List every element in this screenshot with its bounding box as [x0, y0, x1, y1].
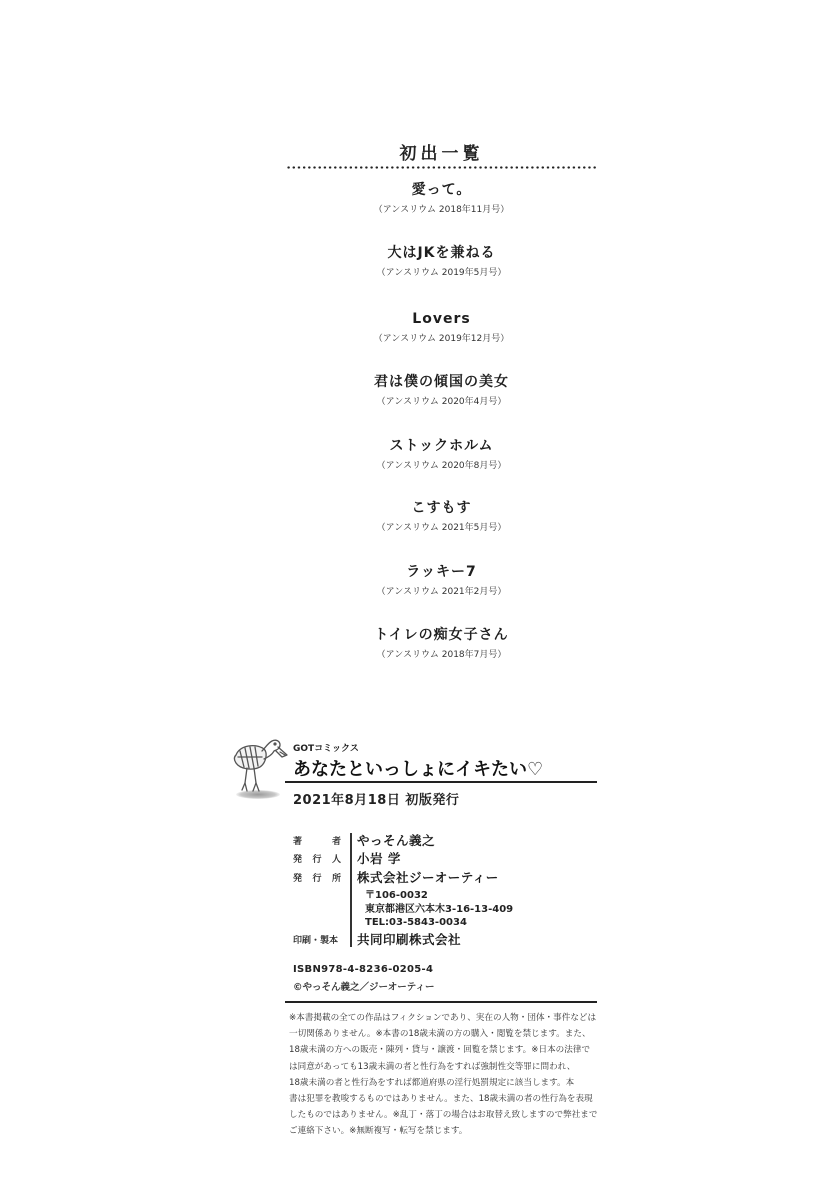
credits-divider	[350, 833, 352, 947]
notice-line: したものではありません。※乱丁・落丁の場合はお取替え致しますので弊社まで	[289, 1107, 597, 1123]
legal-notice: ※本書掲載の全ての作品はフィクションであり、実在の人物・団体・事件などは 一切関…	[289, 1010, 597, 1140]
notice-line: 18歳未満の方への販売・陳列・貸与・譲渡・回覧を禁じます。※日本の法律で	[289, 1042, 597, 1058]
list-item: Lovers （アンスリウム 2019年12月号）	[286, 309, 597, 346]
work-title: ラッキー7	[286, 562, 597, 582]
copyright: ©やっそん義之／ジーオーティー	[293, 979, 435, 993]
notice-line: 一切関係ありません。※本書の18歳未満の方の購入・閲覧を禁じます。また、	[289, 1026, 597, 1042]
credit-label: 発行人	[293, 853, 341, 867]
credit-value: 小岩 学	[357, 851, 401, 867]
work-source: （アンスリウム 2018年7月号）	[286, 648, 597, 662]
list-item: トイレの痴女子さん （アンスリウム 2018年7月号）	[286, 625, 597, 662]
work-title: 大はJKを兼ねる	[286, 243, 597, 263]
credit-label: 著者	[293, 835, 341, 849]
notice-line: 書は犯罪を教唆するものではありません。また、18歳未満の者の性行為を表現	[289, 1091, 597, 1107]
credit-label: 発行所	[293, 872, 341, 886]
postal-code: 〒106-0032	[365, 889, 428, 902]
credit-value: 株式会社ジーオーティー	[357, 870, 499, 886]
notice-line: ※本書掲載の全ての作品はフィクションであり、実在の人物・団体・事件などは	[289, 1010, 597, 1026]
isbn: ISBN978-4-8236-0205-4	[293, 964, 433, 975]
work-source: （アンスリウム 2020年4月号）	[286, 395, 597, 409]
work-title: 君は僕の傾国の美女	[286, 372, 597, 392]
work-title: Lovers	[286, 309, 597, 329]
phone-number: TEL:03-5843-0034	[365, 916, 467, 929]
page-title: 初出一覧	[0, 139, 835, 164]
work-source: （アンスリウム 2019年12月号）	[286, 332, 597, 346]
list-item: 愛って。 （アンスリウム 2018年11月号）	[286, 180, 597, 217]
list-item: 君は僕の傾国の美女 （アンスリウム 2020年4月号）	[286, 372, 597, 409]
notice-divider	[285, 1001, 597, 1003]
list-item: こすもす （アンスリウム 2021年5月号）	[286, 498, 597, 535]
publication-date: 2021年8月18日 初版発行	[293, 789, 459, 808]
list-item: ラッキー7 （アンスリウム 2021年2月号）	[286, 562, 597, 599]
credit-value: やっそん義之	[357, 833, 435, 849]
work-source: （アンスリウム 2021年5月号）	[286, 521, 597, 535]
list-item: ストックホルム （アンスリウム 2020年8月号）	[286, 436, 597, 473]
work-title: こすもす	[286, 498, 597, 518]
work-source: （アンスリウム 2018年11月号）	[286, 203, 597, 217]
notice-line: 18歳未満の者と性行為をすれば都道府県の淫行処罰規定に該当します。本	[289, 1075, 597, 1091]
book-title: あなたといっしょにイキたい♡	[293, 755, 543, 781]
credit-value: 共同印刷株式会社	[357, 932, 461, 948]
work-title: 愛って。	[286, 180, 597, 200]
title-divider	[285, 781, 597, 783]
list-item: 大はJKを兼ねる （アンスリウム 2019年5月号）	[286, 243, 597, 280]
street-address: 東京都港区六本木3-16-13-409	[365, 903, 513, 916]
work-source: （アンスリウム 2021年2月号）	[286, 585, 597, 599]
work-source: （アンスリウム 2020年8月号）	[286, 459, 597, 473]
work-title: ストックホルム	[286, 436, 597, 456]
series-label: GOTコミックス	[293, 741, 359, 754]
work-source: （アンスリウム 2019年5月号）	[286, 266, 597, 280]
notice-line: ご連絡下さい。※無断複写・転写を禁じます。	[289, 1123, 597, 1139]
bird-logo-icon	[230, 735, 290, 805]
work-title: トイレの痴女子さん	[286, 625, 597, 645]
dotted-divider	[286, 166, 597, 169]
notice-line: は同意があっても13歳未満の者と性行為をすれば強制性交等罪に問われ、	[289, 1059, 597, 1075]
credit-label: 印刷・製本	[293, 934, 347, 948]
